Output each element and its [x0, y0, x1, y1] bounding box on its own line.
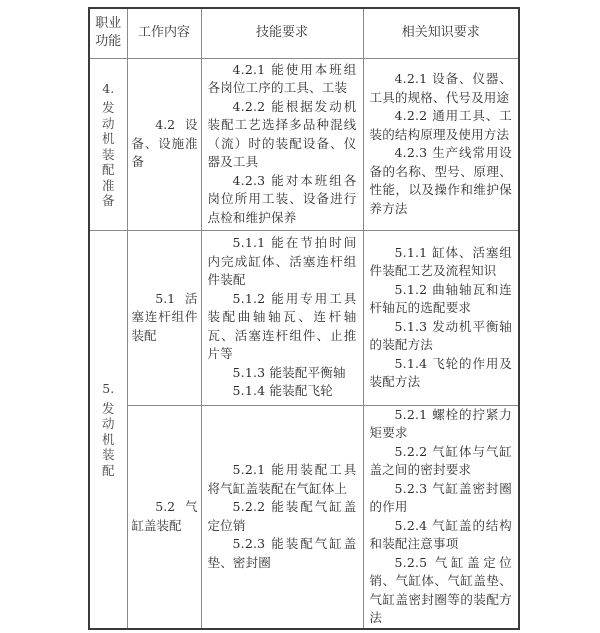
function-name: 发动机装配准备: [101, 100, 115, 209]
knowledge-item: 5.1.3 发动机平衡轴的装配方法: [370, 318, 513, 355]
section-number: 4.: [90, 80, 127, 99]
function-cell-section-4: 4. 发动机装配准备: [89, 58, 127, 230]
knowledge-item: 5.1.4 飞轮的作用及装配方法: [370, 355, 513, 392]
skill-item: 4.2.1 能使用本班组各岗位工序的工具、工装: [208, 61, 357, 98]
skill-item: 4.2.3 能对本班组各岗位所用工装、设备进行点检和维护保养: [208, 172, 357, 228]
knowledge-requirements-cell: 4.2.1 设备、仪器、工具的规格、代号及用途 4.2.2 通用工具、工装的结构…: [363, 58, 519, 230]
function-name: 发动机装配: [101, 401, 115, 479]
knowledge-requirements-cell: 5.1.1 缸体、活塞组件装配工艺及流程知识 5.1.2 曲轴轴瓦和连杆轴瓦的选…: [363, 230, 519, 405]
knowledge-item: 5.1.2 曲轴轴瓦和连杆轴瓦的选配要求: [370, 281, 513, 318]
function-cell-section-5: 5. 发动机装配: [89, 230, 127, 629]
section-number: 5.: [90, 380, 127, 399]
header-occupational-function: 职业 功能: [89, 8, 127, 58]
skill-requirements-cell: 5.1.1 能在节拍时间内完成缸体、活塞连杆组件装配 5.1.2 能用专用工具装…: [201, 230, 363, 405]
knowledge-item: 5.2.1 螺栓的拧紧力矩要求: [370, 406, 513, 443]
skill-item: 5.1.1 能在节拍时间内完成缸体、活塞连杆组件装配: [208, 234, 357, 290]
work-content-cell: 5.2 气缸盖装配: [127, 405, 201, 629]
skill-item: 5.2.3 能装配气缸盖垫、密封圈: [208, 535, 357, 572]
table-row: 5.2 气缸盖装配 5.2.1 能用装配工具将气缸盖装配在气缸体上 5.2.2 …: [89, 405, 519, 629]
table-row: 4. 发动机装配准备 4.2 设备、设施准备 4.2.1 能使用本班组各岗位工序…: [89, 58, 519, 230]
work-content-cell: 5.1 活塞连杆组件装配: [127, 230, 201, 405]
skill-item: 5.2.2 能装配气缸盖定位销: [208, 498, 357, 535]
table-header-row: 职业 功能 工作内容 技能要求 相关知识要求: [89, 8, 519, 58]
skill-item: 5.1.4 能装配飞轮: [208, 382, 357, 401]
table-row: 5. 发动机装配 5.1 活塞连杆组件装配 5.1.1 能在节拍时间内完成缸体、…: [89, 230, 519, 405]
skill-requirements-cell: 5.2.1 能用装配工具将气缸盖装配在气缸体上 5.2.2 能装配气缸盖定位销 …: [201, 405, 363, 629]
knowledge-item: 5.2.2 气缸体与气缸盖之间的密封要求: [370, 443, 513, 480]
header-function-line-1: 职业: [95, 16, 121, 31]
skill-item: 5.1.3 能装配平衡轴: [208, 364, 357, 383]
knowledge-item: 5.2.3 气缸盖密封圈的作用: [370, 480, 513, 517]
skill-item: 5.2.1 能用装配工具将气缸盖装配在气缸体上: [208, 461, 357, 498]
skill-item: 4.2.2 能根据发动机装配工艺选择多品种混线（流）时的装配设备、仪器及工具: [208, 98, 357, 172]
work-content-cell: 4.2 设备、设施准备: [127, 58, 201, 230]
skill-item: 5.1.2 能用专用工具装配曲轴轴瓦、连杆轴瓦、活塞连杆组件、止推片等: [208, 290, 357, 364]
header-work-content: 工作内容: [127, 8, 201, 58]
occupational-skill-table: 职业 功能 工作内容 技能要求 相关知识要求 4. 发动机装配准备 4.2 设备…: [88, 7, 520, 630]
knowledge-item: 4.2.3 生产线常用设备的名称、型号、原理、性能，以及操作和维护保养方法: [370, 144, 513, 218]
knowledge-item: 4.2.1 设备、仪器、工具的规格、代号及用途: [370, 70, 513, 107]
knowledge-item: 4.2.2 通用工具、工装的结构原理及使用方法: [370, 107, 513, 144]
header-skill-requirements: 技能要求: [201, 8, 363, 58]
knowledge-item: 5.2.4 气缸盖的结构和装配注意事项: [370, 517, 513, 554]
header-knowledge-requirements: 相关知识要求: [363, 8, 519, 58]
knowledge-item: 5.1.1 缸体、活塞组件装配工艺及流程知识: [370, 244, 513, 281]
document-page: 职业 功能 工作内容 技能要求 相关知识要求 4. 发动机装配准备 4.2 设备…: [0, 0, 600, 633]
knowledge-requirements-cell: 5.2.1 螺栓的拧紧力矩要求 5.2.2 气缸体与气缸盖之间的密封要求 5.2…: [363, 405, 519, 629]
header-function-line-2: 功能: [95, 34, 121, 49]
knowledge-item: 5.2.5 气缸盖定位销、气缸体、气缸盖垫、气缸盖密封圈等的装配方法: [370, 554, 513, 628]
skill-requirements-cell: 4.2.1 能使用本班组各岗位工序的工具、工装 4.2.2 能根据发动机装配工艺…: [201, 58, 363, 230]
